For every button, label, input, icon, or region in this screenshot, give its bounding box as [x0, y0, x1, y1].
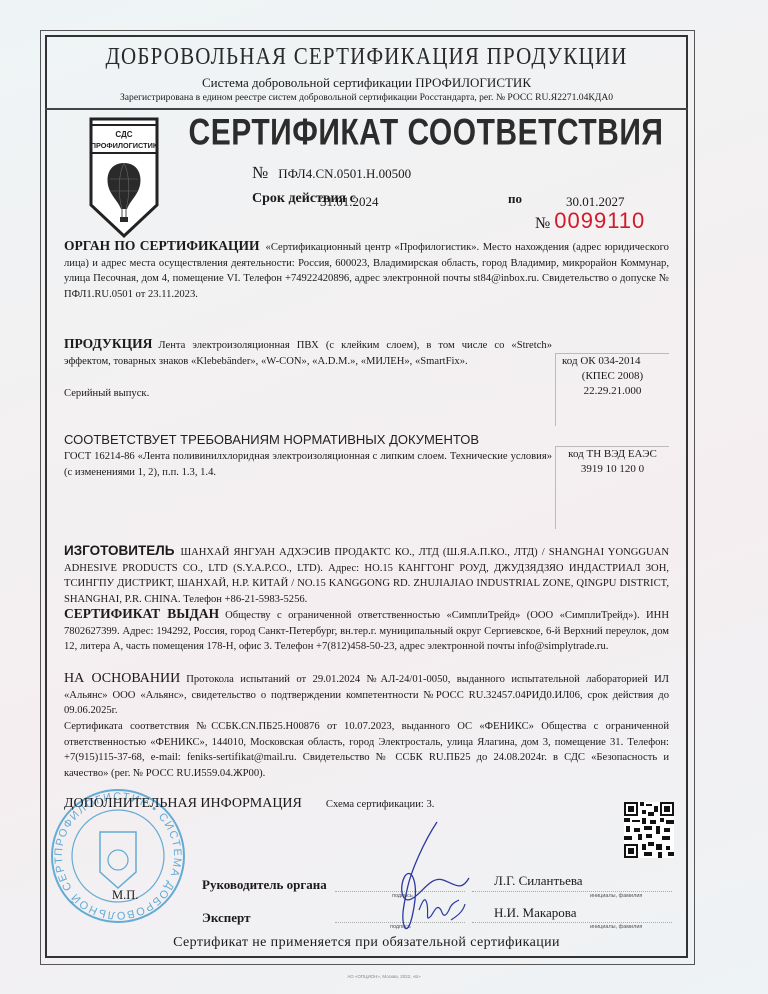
additional-info-label: ДОПОЛНИТЕЛЬНАЯ ИНФОРМАЦИЯ — [64, 796, 302, 811]
valid-to-label: по — [508, 191, 522, 207]
certification-body-section: ОРГАН ПО СЕРТИФИКАЦИИ«Сертификационный ц… — [64, 238, 669, 302]
certificate-title: СЕРТИФИКАТ СООТВЕТСТВИЯ — [176, 112, 676, 155]
qr-code[interactable] — [624, 802, 674, 858]
certificate-number-value: ПФЛ4.CN.0501.Н.00500 — [278, 166, 411, 181]
issued-to-section: СЕРТИФИКАТ ВЫДАНОбществу с ограниченной … — [64, 606, 669, 655]
head-name-caption: инициалы, фамилия — [590, 893, 642, 899]
valid-from: 31.01.2024 — [320, 194, 379, 210]
manufacturer-section: ИЗГОТОВИТЕЛЬШАНХАЙ ЯНГУАН АДХЭСИВ ПРОДАК… — [64, 543, 669, 607]
basis-section: НА ОСНОВАНИИПротокола испытаний от 29.01… — [64, 671, 669, 719]
voluntary-certification-title: ДОБРОВОЛЬНАЯ СЕРТИФИКАЦИЯ ПРОДУКЦИИ — [45, 42, 688, 71]
tnved-code-box: код ТН ВЭД ЕАЭС 3919 10 120 0 — [555, 446, 669, 529]
expert-name-caption: инициалы, фамилия — [590, 924, 642, 930]
logo-line1: СДС — [115, 130, 132, 139]
okpd-code-label: код ОК 034-2014 — [556, 354, 669, 369]
header-divider — [45, 108, 688, 110]
expert-name-line — [472, 922, 672, 923]
expert-role-label: Эксперт — [202, 910, 250, 926]
serial-release: Серийный выпуск. — [64, 386, 264, 402]
head-role-label: Руководитель органа — [202, 877, 327, 893]
okpd-code-value: 22.29.21.000 — [556, 384, 669, 399]
certification-scheme: Схема сертификации: 3. — [326, 799, 435, 810]
head-name-line — [472, 891, 672, 892]
manufacturer-label: ИЗГОТОВИТЕЛЬ — [64, 543, 174, 558]
tnved-code-value: 3919 10 120 0 — [556, 462, 669, 477]
stamp-place-label: М.П. — [112, 888, 138, 903]
head-name: Л.Г. Силантьева — [494, 873, 583, 889]
handwritten-signatures — [365, 820, 475, 935]
certification-system-name: Система добровольной сертификации ПРОФИЛ… — [45, 75, 688, 91]
product-section: ПРОДУКЦИЯЛента электроизоляционная ПВХ (… — [64, 336, 552, 369]
conformity-label: СООТВЕТСТВУЕТ ТРЕБОВАНИЯМ НОРМАТИВНЫХ ДО… — [64, 432, 479, 447]
basis-text-2: Сертификата соответствия №ССБК.CN.ПБ25.Н… — [64, 719, 669, 781]
serial-symbol: № — [535, 215, 550, 232]
certificate-number: №ПФЛ4.CN.0501.Н.00500 — [252, 163, 411, 183]
issued-to-label: СЕРТИФИКАТ ВЫДАН — [64, 606, 219, 621]
serial-number: №0099110 — [535, 208, 645, 234]
serial-number-value: 0099110 — [554, 208, 645, 233]
sds-logo: СДС ПРОФИЛОГИСТИК — [88, 113, 160, 239]
registration-info: Зарегистрирована в едином реестре систем… — [45, 92, 688, 103]
expert-name: Н.И. Макарова — [494, 905, 576, 921]
footer-note: Сертификат не применяется при обязательн… — [45, 935, 688, 951]
basis-label: НА ОСНОВАНИИ — [64, 671, 180, 686]
certification-body-label: ОРГАН ПО СЕРТИФИКАЦИИ — [64, 238, 260, 253]
logo-line2: ПРОФИЛОГИСТИК — [91, 141, 158, 150]
additional-info-section: ДОПОЛНИТЕЛЬНАЯ ИНФОРМАЦИЯСхема сертифика… — [64, 796, 669, 813]
product-code-box: код ОК 034-2014 (КПЕС 2008) 22.29.21.000 — [555, 353, 669, 426]
number-symbol: № — [252, 163, 268, 182]
conformity-text: ГОСТ 16214-86 «Лента поливинилхлоридная … — [64, 449, 552, 480]
print-info: АО «ОПЦИОН», Москва, 2022, «Б» — [0, 974, 768, 979]
okpd-classifier: (КПЕС 2008) — [556, 369, 669, 384]
tnved-code-label: код ТН ВЭД ЕАЭС — [556, 447, 669, 462]
product-label: ПРОДУКЦИЯ — [64, 336, 152, 351]
